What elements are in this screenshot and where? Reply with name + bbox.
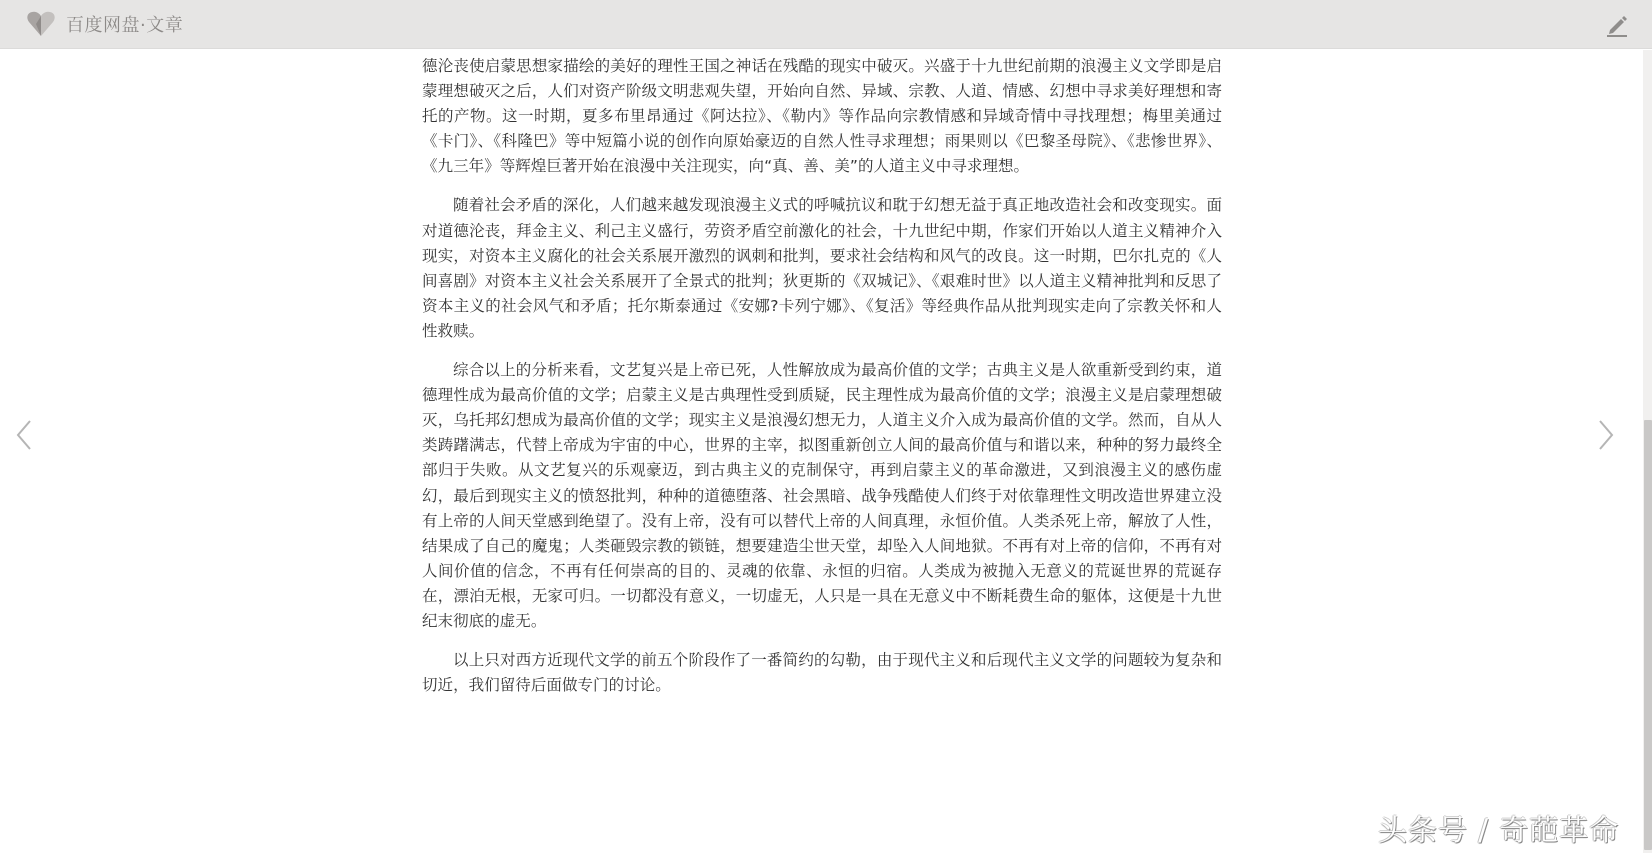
pencil-icon: [1604, 23, 1630, 42]
edit-button[interactable]: [1604, 12, 1630, 38]
article-paragraph-1: 德沦丧使启蒙思想家描绘的美好的理性王国之神话在残酷的现实中破灭。兴盛于十九世纪前…: [422, 54, 1222, 179]
app-logo[interactable]: 百度网盘·文章: [26, 10, 183, 38]
chevron-left-icon: [8, 440, 38, 459]
watermark: 头条号 / 奇葩革命: [1378, 808, 1619, 849]
app-title: 百度网盘·文章: [66, 11, 183, 37]
heart-folded-icon: [26, 10, 56, 38]
chevron-right-icon: [1592, 440, 1622, 459]
article-reader-page: 百度网盘·文章 德沦丧使启蒙思想家描绘的美好的理性王国之神话在残酷的现实中破灭。…: [0, 0, 1652, 853]
article-body: 德沦丧使启蒙思想家描绘的美好的理性王国之神话在残酷的现实中破灭。兴盛于十九世纪前…: [422, 54, 1222, 712]
next-page-button[interactable]: [1592, 415, 1622, 455]
previous-page-button[interactable]: [8, 415, 38, 455]
article-paragraph-2: 随着社会矛盾的深化，人们越来越发现浪漫主义式的呼喊抗议和耽于幻想无益于真正地改造…: [422, 193, 1222, 344]
vertical-scrollbar[interactable]: [1643, 50, 1652, 853]
article-paragraph-4: 以上只对西方近现代文学的前五个阶段作了一番简约的勾勒，由于现代主义和后现代主义文…: [422, 648, 1222, 698]
scrollbar-thumb[interactable]: [1644, 420, 1652, 850]
top-header-bar: 百度网盘·文章: [0, 0, 1652, 49]
article-paragraph-3: 综合以上的分析来看，文艺复兴是上帝已死，人性解放成为最高价值的文学；古典主义是人…: [422, 358, 1222, 634]
